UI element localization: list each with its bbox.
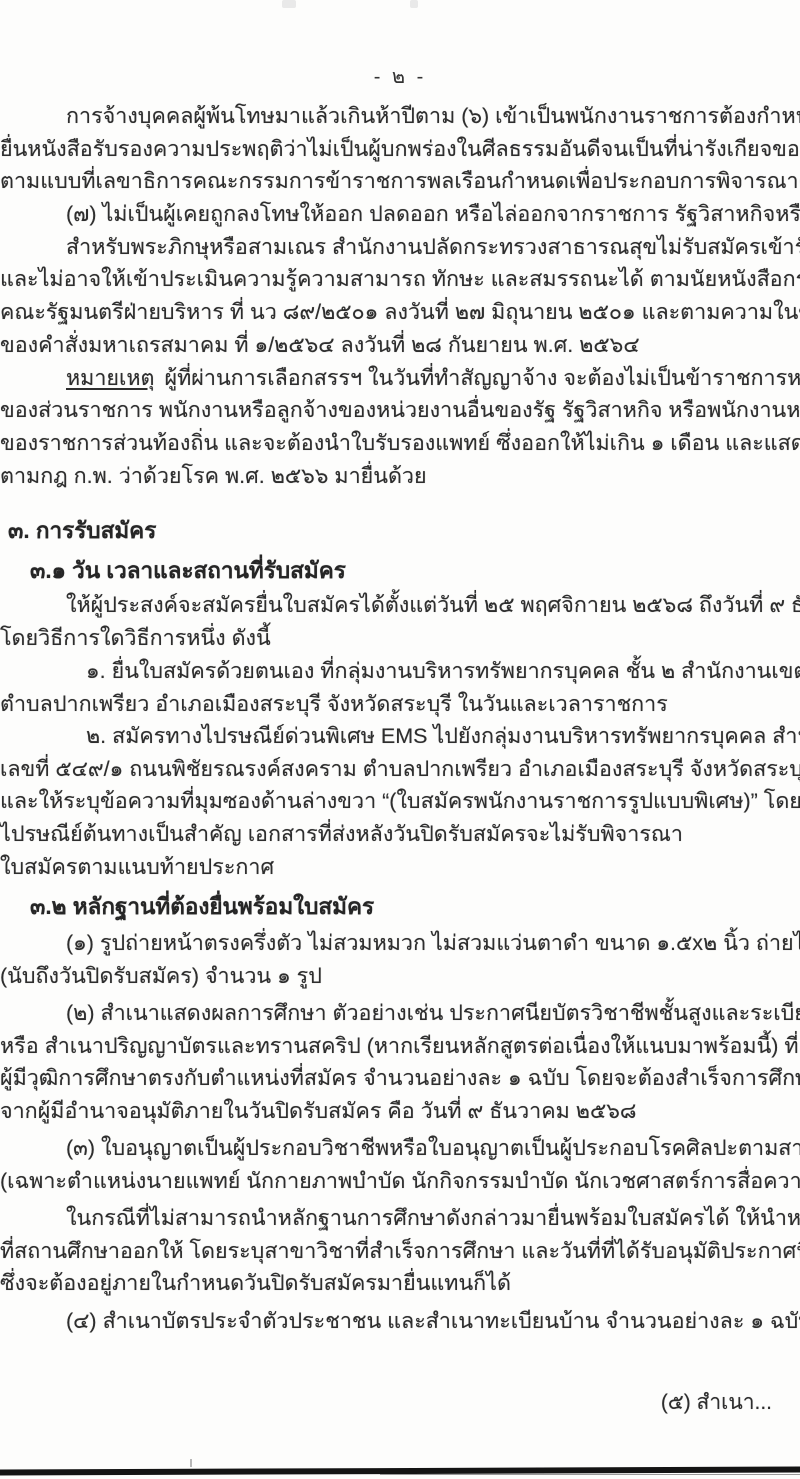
- doc-line: การจ้างบุคคลผู้พ้นโทษมาแล้วเกินห้าปีตาม …: [0, 100, 800, 133]
- paragraph-qualifications: การจ้างบุคคลผู้พ้นโทษมาแล้วเกินห้าปีตาม …: [0, 100, 800, 492]
- doc-line: ซึ่งจะต้องอยู่ภายในกำหนดวันปิดรับสมัครมา…: [0, 1267, 800, 1300]
- doc-line: (นับถึงวันปิดรับสมัคร) จำนวน ๑ รูป: [0, 960, 800, 993]
- doc-line: ในกรณีที่ไม่สามารถนำหลักฐานการศึกษาดังกล…: [0, 1202, 800, 1235]
- note-text: ผู้ที่ผ่านการเลือกสรรฯ ในวันที่ทำสัญญาจ้…: [165, 366, 800, 390]
- section-heading-32: ๓.๒ หลักฐานที่ต้องยื่นพร้อมใบสมัคร: [30, 892, 374, 922]
- doc-line: (๔) สำเนาบัตรประจำตัวประชาชน และสำเนาทะเ…: [0, 1305, 800, 1338]
- doc-line: (เฉพาะตำแหน่งนายแพทย์ นักกายภาพบำบัด นัก…: [0, 1165, 800, 1198]
- doc-line: ๒. สมัครทางไปรษณีย์ด่วนพิเศษ EMS ไปยังกล…: [0, 720, 800, 753]
- paragraph-apply-period: ให้ผู้ประสงค์จะสมัครยื่นใบสมัครได้ตั้งแต…: [0, 589, 800, 654]
- paragraph-document-3: (๓) ใบอนุญาตเป็นผู้ประกอบวิชาชีพหรือใบอน…: [0, 1132, 800, 1197]
- doc-line-note: หมายเหตุผู้ที่ผ่านการเลือกสรรฯ ในวันที่ท…: [0, 362, 800, 395]
- doc-line: เลขที่ ๕๔๙/๑ ถนนพิชัยรณรงค์สงคราม ตำบลปา…: [0, 753, 800, 786]
- doc-line: ตำบลปากเพรียว อำเภอเมืองสระบุรี จังหวัดส…: [0, 688, 800, 721]
- doc-line: ไปรษณีย์ต้นทางเป็นสำคัญ เอกสารที่ส่งหลัง…: [0, 818, 800, 851]
- scan-smudge: [410, 0, 418, 8]
- note-label: หมายเหตุ: [66, 366, 155, 390]
- doc-line: ๑. ยื่นใบสมัครด้วยตนเอง ที่กลุ่มงานบริหา…: [0, 655, 800, 688]
- paragraph-method-2: ๒. สมัครทางไปรษณีย์ด่วนพิเศษ EMS ไปยังกล…: [0, 720, 800, 883]
- page-number: - ๒ -: [0, 60, 800, 92]
- paragraph-document-2: (๒) สำเนาแสดงผลการศึกษา ตัวอย่างเช่น ประ…: [0, 997, 800, 1128]
- paragraph-document-1: (๑) รูปถ่ายหน้าตรงครึ่งตัว ไม่สวมหมวก ไม…: [0, 927, 800, 992]
- doc-line: ให้ผู้ประสงค์จะสมัครยื่นใบสมัครได้ตั้งแต…: [0, 589, 800, 622]
- doc-line: คณะรัฐมนตรีฝ่ายบริหาร ที่ นว ๘๙/๒๕๐๑ ลงว…: [0, 296, 800, 329]
- doc-line: ของคำสั่งมหาเถรสมาคม ที่ ๑/๒๕๖๔ ลงวันที่…: [0, 329, 800, 362]
- scan-speck: [190, 1459, 192, 1467]
- doc-line: (๓) ใบอนุญาตเป็นผู้ประกอบวิชาชีพหรือใบอน…: [0, 1132, 800, 1165]
- doc-line: และให้ระบุข้อความที่มุมซองด้านล่างขวา “(…: [0, 785, 800, 818]
- doc-line: ยื่นหนังสือรับรองความประพฤติว่าไม่เป็นผู…: [0, 133, 800, 166]
- doc-line: ตามแบบที่เลขาธิการคณะกรรมการข้าราชการพลเ…: [0, 165, 800, 198]
- section-heading-3: ๓. การรับสมัคร: [8, 516, 156, 546]
- document-page: - ๒ - การจ้างบุคคลผู้พ้นโทษมาแล้วเกินห้า…: [0, 0, 800, 1479]
- doc-line-item7: (๗) ไม่เป็นผู้เคยถูกลงโทษให้ออก ปลดออก ห…: [0, 198, 800, 231]
- doc-line: (๑) รูปถ่ายหน้าตรงครึ่งตัว ไม่สวมหมวก ไม…: [0, 927, 800, 960]
- doc-line: ของราชการส่วนท้องถิ่น และจะต้องนำใบรับรอ…: [0, 427, 800, 460]
- scan-smudge: [282, 0, 296, 8]
- page-continuation-mark: (๕) สำเนา...: [661, 1386, 772, 1419]
- paragraph-document-3-note: ในกรณีที่ไม่สามารถนำหลักฐานการศึกษาดังกล…: [0, 1202, 800, 1300]
- doc-line: จากผู้มีอำนาจอนุมัติภายในวันปิดรับสมัคร …: [0, 1095, 800, 1128]
- doc-line: ตามกฎ ก.พ. ว่าด้วยโรค พ.ศ. ๒๕๖๖ มายื่นด้…: [0, 460, 800, 493]
- paragraph-document-4: (๔) สำเนาบัตรประจำตัวประชาชน และสำเนาทะเ…: [0, 1305, 800, 1338]
- doc-line: หรือ สำเนาปริญญาบัตรและทรานสคริป (หากเรี…: [0, 1030, 800, 1063]
- doc-line: โดยวิธีการใดวิธีการหนึ่ง ดังนี้: [0, 622, 800, 655]
- doc-line: ใบสมัครตามแนบท้ายประกาศ: [0, 851, 800, 884]
- paragraph-method-1: ๑. ยื่นใบสมัครด้วยตนเอง ที่กลุ่มงานบริหา…: [0, 655, 800, 720]
- doc-line: (๒) สำเนาแสดงผลการศึกษา ตัวอย่างเช่น ประ…: [0, 997, 800, 1030]
- doc-line: สำหรับพระภิกษุหรือสามเณร สำนักงานปลัดกระ…: [0, 231, 800, 264]
- doc-line: ที่สถานศึกษาออกให้ โดยระบุสาขาวิชาที่สำเ…: [0, 1235, 800, 1268]
- doc-line: ผู้มีวุฒิการศึกษาตรงกับตำแหน่งที่สมัคร จ…: [0, 1062, 800, 1095]
- section-heading-31: ๓.๑ วัน เวลาและสถานที่รับสมัคร: [30, 556, 346, 586]
- doc-line: และไม่อาจให้เข้าประเมินความรู้ความสามารถ…: [0, 263, 800, 296]
- doc-line: ของส่วนราชการ พนักงานหรือลูกจ้างของหน่วย…: [0, 394, 800, 427]
- scan-edge-line: [380, 1474, 800, 1476]
